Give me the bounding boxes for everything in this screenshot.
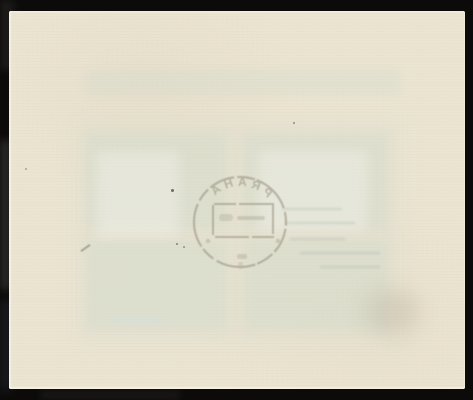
postmark-date-smudge: [219, 214, 233, 221]
postmark-star-mark: [276, 239, 280, 243]
postmark-bottom-mark: [238, 262, 243, 269]
stamp-sheet-back: PRAHA: [9, 11, 465, 389]
paper-speck: [183, 246, 185, 248]
paper-speck: [171, 189, 174, 192]
paper-speck: [25, 168, 27, 170]
postmark-mirror-group: PRAHA: [194, 175, 286, 269]
postmark-star-mark: [206, 239, 210, 243]
postmark-date-smudge: [237, 216, 265, 220]
postmark-town-text: PRAHA: [205, 175, 275, 201]
postmark-town-text-holder: PRAHA: [205, 175, 275, 201]
background-shading: [40, 390, 180, 400]
paper-smudge: [365, 289, 421, 335]
photo-frame: PRAHA: [0, 0, 473, 400]
paper-speck: [293, 122, 295, 124]
paper-speck: [176, 243, 178, 245]
postmark-bottom-mark: [237, 254, 247, 259]
